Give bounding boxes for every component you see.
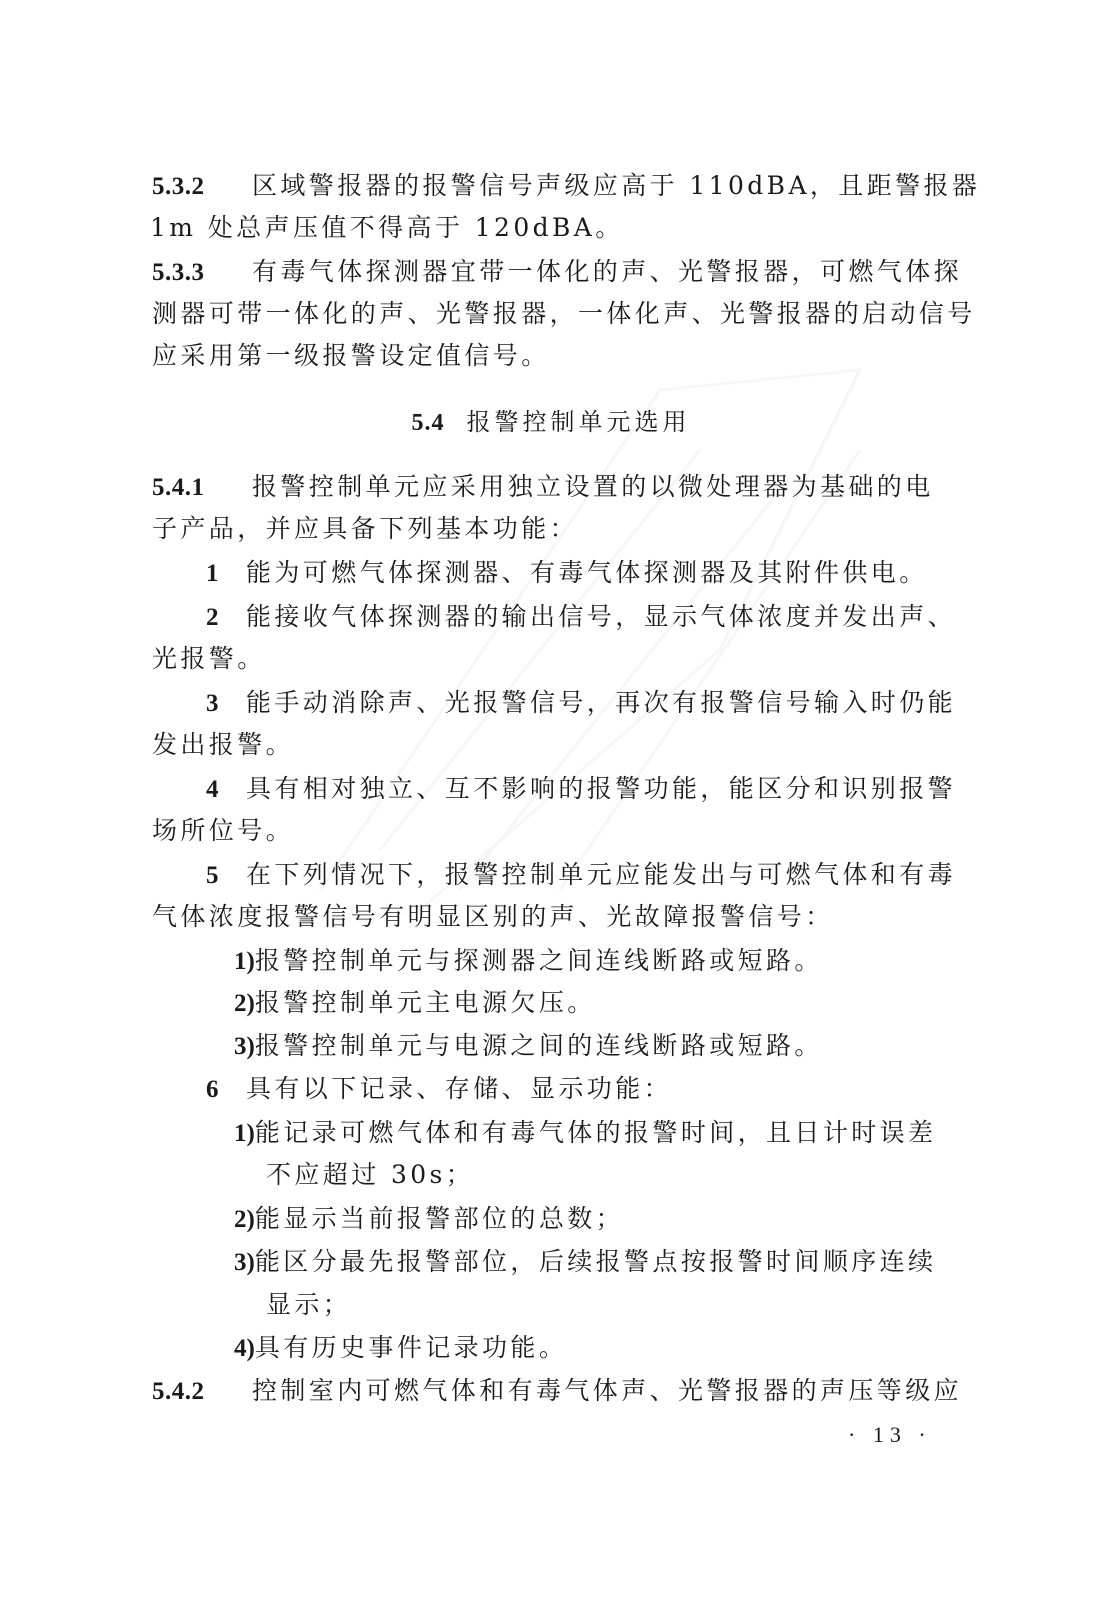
clause-5-3-3-line-1: 5.3.3有毒气体探测器宜带一体化的声、光警报器，可燃气体探 — [152, 257, 952, 288]
item-number: 1 — [206, 559, 246, 589]
clause-number: 5.4.1 — [152, 473, 252, 503]
subitem-text: 显示； — [266, 1290, 351, 1319]
clause-number: 5.4.2 — [152, 1377, 252, 1407]
section-heading-5-4: 5.4报警控制单元选用 — [0, 407, 1102, 438]
clause-5-3-3-line-2: 测器可带一体化的声、光警报器，一体化声、光警报器的启动信号 — [152, 299, 952, 329]
subitem-text: 能记录可燃气体和有毒气体的报警时间，且日计时误差 — [255, 1118, 937, 1147]
item-3-line-1: 3能手动消除声、光报警信号，再次有报警信号输入时仍能 — [206, 688, 1006, 719]
clause-5-4-1-line-1: 5.4.1报警控制单元应采用独立设置的以微处理器为基础的电 — [152, 472, 952, 503]
subitem-text: 能显示当前报警部位的总数； — [255, 1204, 624, 1233]
item-text: 具有以下记录、存储、显示功能： — [246, 1074, 672, 1103]
subitem-number: 1) — [234, 948, 255, 975]
subitem-text: 具有历史事件记录功能。 — [255, 1333, 567, 1362]
item-text: 具有相对独立、互不影响的报警功能，能区分和识别报警 — [246, 774, 956, 803]
subitem-number: 1) — [234, 1120, 255, 1147]
item-5-subitem-1: 1)报警控制单元与探测器之间连线断路或短路。 — [234, 946, 1034, 977]
subitem-number: 4) — [234, 1335, 255, 1362]
item-5-line-2: 气体浓度报警信号有明显区别的声、光故障报警信号： — [152, 902, 952, 932]
item-4-line-2: 场所位号。 — [152, 816, 952, 846]
item-3-line-2: 发出报警。 — [152, 730, 952, 760]
subitem-text: 报警控制单元主电源欠压。 — [255, 988, 596, 1017]
item-5-subitem-2: 2)报警控制单元主电源欠压。 — [234, 988, 1034, 1019]
item-6-line-1: 6具有以下记录、存储、显示功能： — [206, 1074, 1006, 1105]
item-5-subitem-3: 3)报警控制单元与电源之间的连线断路或短路。 — [234, 1031, 1034, 1062]
clause-5-3-3-line-3: 应采用第一级报警设定值信号。 — [152, 341, 952, 371]
clause-text: 区域警报器的报警信号声级应高于 110dBA，且距警报器 — [252, 171, 980, 200]
clause-text: 1m 处总声压值不得高于 120dBA。 — [150, 213, 624, 242]
item-text: 发出报警。 — [152, 730, 294, 759]
clause-5-3-2-line-1: 5.3.2区域警报器的报警信号声级应高于 110dBA，且距警报器 — [152, 171, 952, 202]
subitem-text: 能区分最先报警部位，后续报警点按报警时间顺序连续 — [255, 1247, 937, 1276]
item-6-subitem-1-line-2: 不应超过 30s； — [266, 1160, 1066, 1190]
item-number: 6 — [206, 1075, 246, 1105]
subitem-text: 不应超过 30s； — [266, 1160, 474, 1189]
clause-text: 应采用第一级报警设定值信号。 — [152, 341, 550, 370]
item-text: 气体浓度报警信号有明显区别的声、光故障报警信号： — [152, 902, 834, 931]
clause-text: 控制室内可燃气体和有毒气体声、光警报器的声压等级应 — [252, 1376, 962, 1405]
clause-5-4-1-line-2: 子产品，并应具备下列基本功能： — [152, 514, 952, 544]
subitem-text: 报警控制单元与探测器之间连线断路或短路。 — [255, 946, 823, 975]
item-6-subitem-2: 2)能显示当前报警部位的总数； — [234, 1204, 1034, 1235]
clause-text: 报警控制单元应采用独立设置的以微处理器为基础的电 — [252, 472, 934, 501]
subitem-number: 3) — [234, 1249, 255, 1276]
item-1-line-1: 1能为可燃气体探测器、有毒气体探测器及其附件供电。 — [206, 558, 1006, 589]
clause-5-4-2-line-1: 5.4.2控制室内可燃气体和有毒气体声、光警报器的声压等级应 — [152, 1376, 952, 1407]
clause-number: 5.3.3 — [152, 258, 252, 288]
subitem-number: 2) — [234, 1206, 255, 1233]
item-number: 3 — [206, 689, 246, 719]
item-number: 2 — [206, 603, 246, 633]
clause-text: 有毒气体探测器宜带一体化的声、光警报器，可燃气体探 — [252, 257, 962, 286]
clause-text: 测器可带一体化的声、光警报器，一体化声、光警报器的启动信号 — [152, 299, 976, 328]
subitem-number: 3) — [234, 1033, 255, 1060]
item-text: 在下列情况下，报警控制单元应能发出与可燃气体和有毒 — [246, 860, 956, 889]
clause-text: 子产品，并应具备下列基本功能： — [152, 514, 578, 543]
item-2-line-2: 光报警。 — [152, 644, 952, 674]
section-title: 报警控制单元选用 — [467, 408, 691, 436]
item-text: 能手动消除声、光报警信号，再次有报警信号输入时仍能 — [246, 688, 956, 717]
item-number: 5 — [206, 861, 246, 891]
clause-number: 5.3.2 — [152, 172, 252, 202]
subitem-text: 报警控制单元与电源之间的连线断路或短路。 — [255, 1031, 823, 1060]
item-number: 4 — [206, 775, 246, 805]
clause-5-3-2-line-2: 1m 处总声压值不得高于 120dBA。 — [150, 213, 950, 243]
item-6-subitem-1-line-1: 1)能记录可燃气体和有毒气体的报警时间，且日计时误差 — [234, 1118, 1034, 1149]
item-2-line-1: 2能接收气体探测器的输出信号，显示气体浓度并发出声、 — [206, 602, 1006, 633]
item-6-subitem-4: 4)具有历史事件记录功能。 — [234, 1333, 1034, 1364]
item-6-subitem-3-line-2: 显示； — [266, 1290, 1066, 1320]
section-number: 5.4 — [412, 410, 445, 436]
item-6-subitem-3-line-1: 3)能区分最先报警部位，后续报警点按报警时间顺序连续 — [234, 1247, 1034, 1278]
item-4-line-1: 4具有相对独立、互不影响的报警功能，能区分和识别报警 — [206, 774, 1006, 805]
item-text: 场所位号。 — [152, 816, 294, 845]
item-text: 能接收气体探测器的输出信号，显示气体浓度并发出声、 — [246, 602, 956, 631]
item-text: 光报警。 — [152, 644, 266, 673]
page-number: · 13 · — [848, 1422, 932, 1448]
subitem-number: 2) — [234, 990, 255, 1017]
item-text: 能为可燃气体探测器、有毒气体探测器及其附件供电。 — [246, 558, 928, 587]
item-5-line-1: 5在下列情况下，报警控制单元应能发出与可燃气体和有毒 — [206, 860, 1006, 891]
document-page: 5.3.2区域警报器的报警信号声级应高于 110dBA，且距警报器 1m 处总声… — [0, 0, 1102, 1598]
